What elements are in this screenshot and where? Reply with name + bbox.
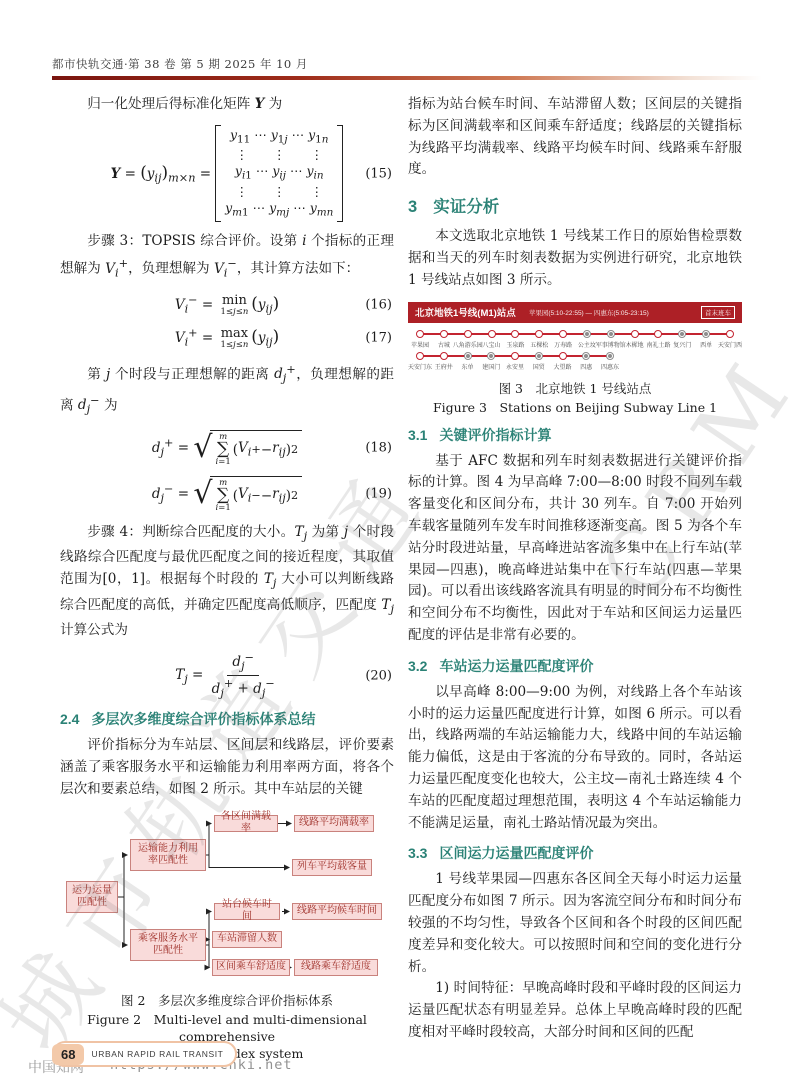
station-name: 五棵松 (530, 340, 548, 349)
station-item: 八角游乐园 (461, 330, 475, 349)
flow-node-section-load: 各区间满载率 (214, 815, 278, 832)
station-dot-icon (726, 330, 734, 338)
paragraph: 本文选取北京地铁 1 号线某工作日的原始售检票数据和当天的列车时刻表数据为实例进… (408, 226, 742, 291)
journal-name-en: URBAN RAPID RAIL TRANSIT (91, 1049, 223, 1059)
equation-16: Vi− = min1≤j≤n(yij) (16) (60, 293, 394, 317)
figure3-caption-en: Figure 3 Stations on Beijing Subway Line… (408, 399, 742, 416)
figure3-metro-map: 北京地铁1号线(M1)站点 苹果园(5:10-22:55) — 四惠东(5:05… (408, 302, 742, 371)
station-name: 王府井 (435, 362, 453, 371)
station-dot-icon (511, 352, 519, 360)
equation-number: (17) (365, 330, 392, 345)
figure2-flowchart: 运力运量匹配性 运输能力利用率匹配性 乘客服务水平匹配性 各区间满载率 线路平均… (64, 811, 389, 983)
station-name: 东单 (461, 362, 473, 371)
paragraph: 以早高峰 8:00—9:00 为例，对线路上各个车站该小时的运力运量匹配度进行计… (408, 682, 742, 835)
header-rule (52, 76, 762, 80)
station-dot-icon (631, 330, 639, 338)
station-dot-icon (654, 330, 662, 338)
paragraph: 评价指标分为车站层、区间层和线路层，评价要素涵盖了乘客服务水平和运输能力利用率两… (60, 735, 394, 800)
equation-number: (20) (365, 668, 392, 683)
station-name: 永安里 (506, 362, 524, 371)
equation-body: dj− = √m∑i=1(Vi− − rij)2 (152, 486, 302, 502)
metro-station-rows: 苹果园 古城 八角游乐园 八宝山 玉泉路 五棵松 万寿路 公主坟 军事博物馆 木… (408, 323, 742, 371)
metro-operating-hours: 苹果园(5:10-22:55) — 四惠东(5:05-23:15) (529, 308, 649, 317)
station-name: 木樨地 (626, 340, 644, 349)
paragraph: 步骤 4：判断综合匹配度的大小。Tj 为第 j 个时段线路综合匹配度与最优匹配度… (60, 522, 394, 642)
station-name: 万寿路 (554, 340, 572, 349)
station-item: 天安门东 (413, 352, 427, 371)
station-name: 天安门东 (408, 362, 432, 371)
journal-header: 都市快轨交通·第 38 卷 第 5 期 2025 年 10 月 (52, 56, 308, 72)
section-number: 3.3 (408, 845, 427, 861)
flow-node-section-comfort: 区间乘车舒适度 (212, 959, 290, 976)
station-name: 南礼士路 (646, 340, 670, 349)
flow-node-line-avg-load: 线路平均满载率 (294, 815, 374, 832)
station-dot-icon (559, 330, 567, 338)
section-number: 3.2 (408, 658, 427, 674)
station-dot-icon (440, 330, 448, 338)
station-item: 玉泉路 (508, 330, 522, 349)
station-name: 八角游乐园 (453, 340, 483, 349)
section-title: 关键评价指标计算 (439, 427, 551, 443)
equation-body: Vi+ = max1≤j≤n(yij) (175, 330, 279, 346)
station-item: 古城 (437, 330, 451, 349)
equation-17: Vi+ = max1≤j≤n(yij) (17) (60, 326, 394, 350)
equation-body: Y = (yij)m×n =y11 ⋯ y1j ⋯ y1n⋮ ⋮ ⋮yi1 ⋯ … (111, 166, 344, 182)
station-name: 国贸 (533, 362, 545, 371)
flow-node-train-avg-pax: 列车平均载客量 (292, 859, 372, 876)
station-dot-icon (416, 330, 424, 338)
station-item: 复兴门 (675, 330, 689, 349)
station-name: 公主坟 (578, 340, 596, 349)
section-heading-3: 3实证分析 (408, 193, 742, 217)
metro-badge: 首末班车 (701, 306, 735, 319)
flow-node-capacity: 运输能力利用率匹配性 (130, 839, 206, 871)
station-dot-icon (606, 352, 614, 360)
page-number-badge: 68 URBAN RAPID RAIL TRANSIT (52, 1041, 237, 1067)
equation-body: dj+ = √m∑i=1(Vi+ − rij)2 (152, 440, 302, 456)
paragraph: 基于 AFC 数据和列车时刻表数据进行关键评价指标的计算。图 4 为早高峰 7:… (408, 451, 742, 647)
station-item: 万寿路 (556, 330, 570, 349)
station-name: 西单 (700, 340, 712, 349)
section-title: 区间运力运量匹配度评价 (439, 845, 593, 861)
station-dot-icon (416, 352, 424, 360)
paragraph: 1 号线苹果园—四惠东各区间全天每小时运力运量匹配度分布如图 7 所示。因为客流… (408, 869, 742, 978)
station-dot-icon (535, 330, 543, 338)
left-column: 归一化处理后得标准化矩阵 Y 为 Y = (yij)m×n =y11 ⋯ y1j… (60, 94, 394, 1062)
station-dot-icon (582, 352, 590, 360)
station-item: 天安门西 (723, 330, 737, 349)
station-dot-icon (488, 330, 496, 338)
section-heading-2-4: 2.4多层次多维度综合评价指标体系总结 (60, 709, 394, 729)
paragraph: 步骤 3：TOPSIS 综合评价。设第 i 个指标的正理想解为 Vi+，负理想解… (60, 231, 394, 284)
caption-line: Figure 2 Multi-level and multi-dimension… (87, 1012, 367, 1044)
metro-line-title: 北京地铁1号线(M1)站点 (415, 305, 516, 319)
station-item: 八宝山 (485, 330, 499, 349)
station-dot-icon (535, 352, 543, 360)
equation-number: (19) (365, 487, 392, 502)
equation-19: dj− = √m∑i=1(Vi− − rij)2 (19) (60, 476, 394, 513)
station-item: 南礼士路 (651, 330, 665, 349)
station-name: 天安门西 (718, 340, 742, 349)
flow-node-line-comfort: 线路乘车舒适度 (294, 959, 378, 976)
section-heading-3-2: 3.2车站运力运量匹配度评价 (408, 656, 742, 676)
section-number: 2.4 (60, 711, 79, 727)
station-item: 西单 (699, 330, 713, 349)
station-item: 四惠东 (603, 352, 617, 371)
paragraph: 1) 时间特征：早晚高峰时段和平峰时段的区间运力运量匹配状态有明显差异。总体上早… (408, 978, 742, 1043)
station-name: 玉泉路 (506, 340, 524, 349)
flow-node-stranded-pax: 车站滞留人数 (212, 931, 282, 948)
station-name: 四惠东 (601, 362, 619, 371)
station-dot-icon (440, 352, 448, 360)
paper-page: 城市轨道交通 CRM 都市快轨交通·第 38 卷 第 5 期 2025 年 10… (0, 0, 800, 1087)
equation-number: (18) (365, 441, 392, 456)
station-name: 大望路 (554, 362, 572, 371)
metro-banner: 北京地铁1号线(M1)站点 苹果园(5:10-22:55) — 四惠东(5:05… (408, 302, 742, 323)
paragraph: 归一化处理后得标准化矩阵 Y 为 (60, 94, 394, 116)
station-dot-icon (511, 330, 519, 338)
station-dot-icon (678, 330, 686, 338)
figure2-caption-zh: 图 2 多层次多维度综合评价指标体系 (60, 991, 394, 1009)
station-dot-icon (464, 352, 472, 360)
station-name: 复兴门 (673, 340, 691, 349)
station-name: 军事博物馆 (596, 340, 626, 349)
station-dot-icon (607, 330, 615, 338)
section-number: 3.1 (408, 427, 427, 443)
station-name: 古城 (438, 340, 450, 349)
station-name: 苹果园 (411, 340, 429, 349)
page-number: 68 (52, 1044, 84, 1065)
figure3-caption-zh: 图 3 北京地铁 1 号线站点 (408, 379, 742, 397)
station-dot-icon (559, 352, 567, 360)
section-heading-3-1: 3.1关键评价指标计算 (408, 425, 742, 445)
paragraph: 第 j 个时段与正理想解的距离 dj+，负理想解的距离 dj− 为 (60, 359, 394, 421)
flow-node-root: 运力运量匹配性 (66, 881, 118, 913)
station-row-1: 苹果园 古城 八角游乐园 八宝山 玉泉路 五棵松 万寿路 公主坟 军事博物馆 木… (413, 330, 737, 349)
station-dot-icon (583, 330, 591, 338)
equation-number: (16) (365, 298, 392, 313)
equation-18: dj+ = √m∑i=1(Vi+ − rij)2 (18) (60, 430, 394, 467)
station-name: 四惠 (580, 362, 592, 371)
flow-node-service: 乘客服务水平匹配性 (130, 929, 206, 961)
station-item: 王府井 (437, 352, 451, 371)
equation-15: Y = (yij)m×n =y11 ⋯ y1j ⋯ y1n⋮ ⋮ ⋮yi1 ⋯ … (60, 125, 394, 223)
station-item: 苹果园 (413, 330, 427, 349)
station-dot-icon (464, 330, 472, 338)
station-item: 四惠 (579, 352, 593, 371)
paragraph: 指标为站台候车时间、车站滞留人数；区间层的关键指标为区间满载率和区间乘车舒适度；… (408, 94, 742, 181)
station-dot-icon (487, 352, 495, 360)
equation-20: Tj = dj−dj+ + dj− (20) (60, 651, 394, 701)
station-row-2: 天安门东 王府井 东单 建国门 永安里 国贸 大望路 四惠 四惠东 (413, 352, 617, 371)
section-title: 实证分析 (433, 198, 499, 216)
section-heading-3-3: 3.3区间运力运量匹配度评价 (408, 843, 742, 863)
station-name: 建国门 (482, 362, 500, 371)
station-item: 建国门 (484, 352, 498, 371)
station-item: 公主坟 (580, 330, 594, 349)
station-item: 木樨地 (628, 330, 642, 349)
station-item: 军事博物馆 (604, 330, 618, 349)
section-title: 车站运力运量匹配度评价 (439, 658, 593, 674)
equation-body: Vi− = min1≤j≤n(yij) (175, 297, 279, 313)
flow-node-platform-wait: 站台候车时间 (214, 903, 280, 920)
station-item: 五棵松 (532, 330, 546, 349)
flow-node-line-avg-wait: 线路平均候车时间 (292, 903, 382, 920)
right-column: 指标为站台候车时间、车站滞留人数；区间层的关键指标为区间满载率和区间乘车舒适度；… (408, 94, 742, 1044)
equation-number: (15) (365, 166, 392, 181)
section-number: 3 (408, 198, 417, 216)
station-item: 永安里 (508, 352, 522, 371)
equation-body: Tj = dj−dj+ + dj− (175, 667, 279, 683)
section-title: 多层次多维度综合评价指标体系总结 (91, 711, 315, 727)
station-name: 八宝山 (483, 340, 501, 349)
station-item: 大望路 (556, 352, 570, 371)
station-dot-icon (702, 330, 710, 338)
station-item: 国贸 (532, 352, 546, 371)
station-item: 东单 (461, 352, 475, 371)
